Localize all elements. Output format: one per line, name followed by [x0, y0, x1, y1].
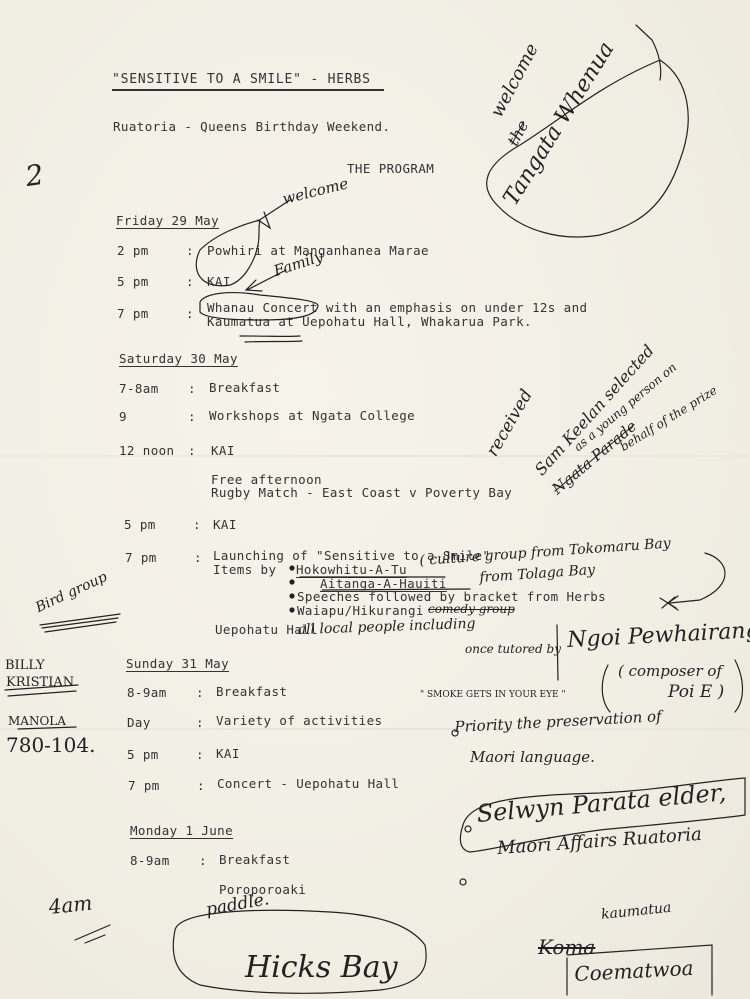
day-heading-saturday: Saturday 30 May: [119, 351, 238, 366]
schedule-event: Concert - Uepohatu Hall: [217, 776, 399, 791]
schedule-time: 8-9am: [130, 853, 170, 868]
schedule-event-cont: Items by: [213, 562, 276, 577]
schedule-time: 5 pm: [117, 274, 149, 289]
schedule-sep: :: [186, 274, 194, 289]
document-title: "SENSITIVE TO A SMILE" - HERBS: [112, 72, 371, 87]
schedule-sep: :: [188, 381, 196, 396]
schedule-event: KAI: [211, 443, 235, 458]
schedule-time: 5 pm: [124, 517, 156, 532]
schedule-time: 8-9am: [127, 685, 167, 700]
annotation-name: BILLY: [5, 658, 45, 673]
performer-item: Waiapu/Hikurangi: [297, 603, 424, 618]
annotation-hicks-bay: Hicks Bay: [245, 950, 398, 985]
schedule-sep: :: [199, 853, 207, 868]
schedule-sep: :: [197, 778, 205, 793]
program-heading: THE PROGRAM: [347, 161, 434, 176]
annotation-struck-koma: Koma: [538, 935, 595, 959]
schedule-event: Breakfast: [209, 380, 280, 395]
schedule-event: KAI: [207, 274, 231, 289]
schedule-event: Variety of activities: [216, 713, 382, 728]
schedule-sep: :: [196, 685, 204, 700]
schedule-sep: :: [196, 747, 204, 762]
schedule-sep: :: [193, 517, 201, 532]
document-subtitle: Ruatoria - Queens Birthday Weekend.: [113, 119, 390, 134]
annotation-smoke-gets: " SMOKE GETS IN YOUR EYE ": [420, 690, 566, 700]
schedule-time: 12 noon: [119, 443, 174, 458]
schedule-sep: :: [196, 715, 204, 730]
schedule-event: Workshops at Ngata College: [209, 408, 415, 423]
schedule-sep: :: [188, 443, 196, 458]
schedule-event: Whanau Concert with an emphasis on under…: [207, 300, 587, 315]
schedule-sep: :: [194, 550, 202, 565]
annotation-time: 4am: [47, 891, 93, 919]
struck-annotation: comedy group: [428, 602, 515, 616]
paper-fold: [0, 728, 750, 730]
schedule-event-cont: Rugby Match - East Coast v Poverty Bay: [211, 485, 512, 500]
day-heading-friday: Friday 29 May: [116, 213, 219, 228]
schedule-time: 7 pm: [128, 778, 160, 793]
annotation-once-tutored: once tutored by: [465, 642, 561, 656]
schedule-time: 7 pm: [117, 306, 149, 321]
day-heading-sunday: Sunday 31 May: [126, 656, 229, 671]
schedule-event: Breakfast: [216, 684, 287, 699]
schedule-event: Breakfast: [219, 852, 290, 867]
title-underline: [112, 89, 384, 91]
annotation-composer: ( composer of: [618, 662, 722, 680]
annotation-name: KRISTIAN: [6, 675, 74, 690]
schedule-time: 7-8am: [119, 381, 159, 396]
performer-item: Hokowhitu-A-Tu: [296, 562, 407, 577]
schedule-time: 2 pm: [117, 243, 149, 258]
schedule-sep: :: [188, 409, 196, 424]
schedule-event: KAI: [216, 746, 240, 761]
day-heading-monday: Monday 1 June: [130, 823, 233, 838]
schedule-sep: :: [186, 306, 194, 321]
schedule-sep: :: [186, 243, 194, 258]
annotation-maori-language: Maori language.: [470, 748, 595, 766]
schedule-time: 5 pm: [127, 747, 159, 762]
schedule-event-cont: Kaumatua at Uepohatu Hall, Whakarua Park…: [207, 314, 532, 329]
schedule-time: Day: [127, 715, 151, 730]
annotation-poi-e: Poi E ): [668, 682, 724, 702]
schedule-time: 9: [119, 409, 127, 424]
schedule-time: 7 pm: [125, 550, 157, 565]
annotation-name: MANOLA: [8, 714, 66, 728]
paper-fold: [0, 455, 750, 457]
schedule-event: KAI: [213, 517, 237, 532]
annotation-phone: 780-104.: [6, 733, 95, 757]
